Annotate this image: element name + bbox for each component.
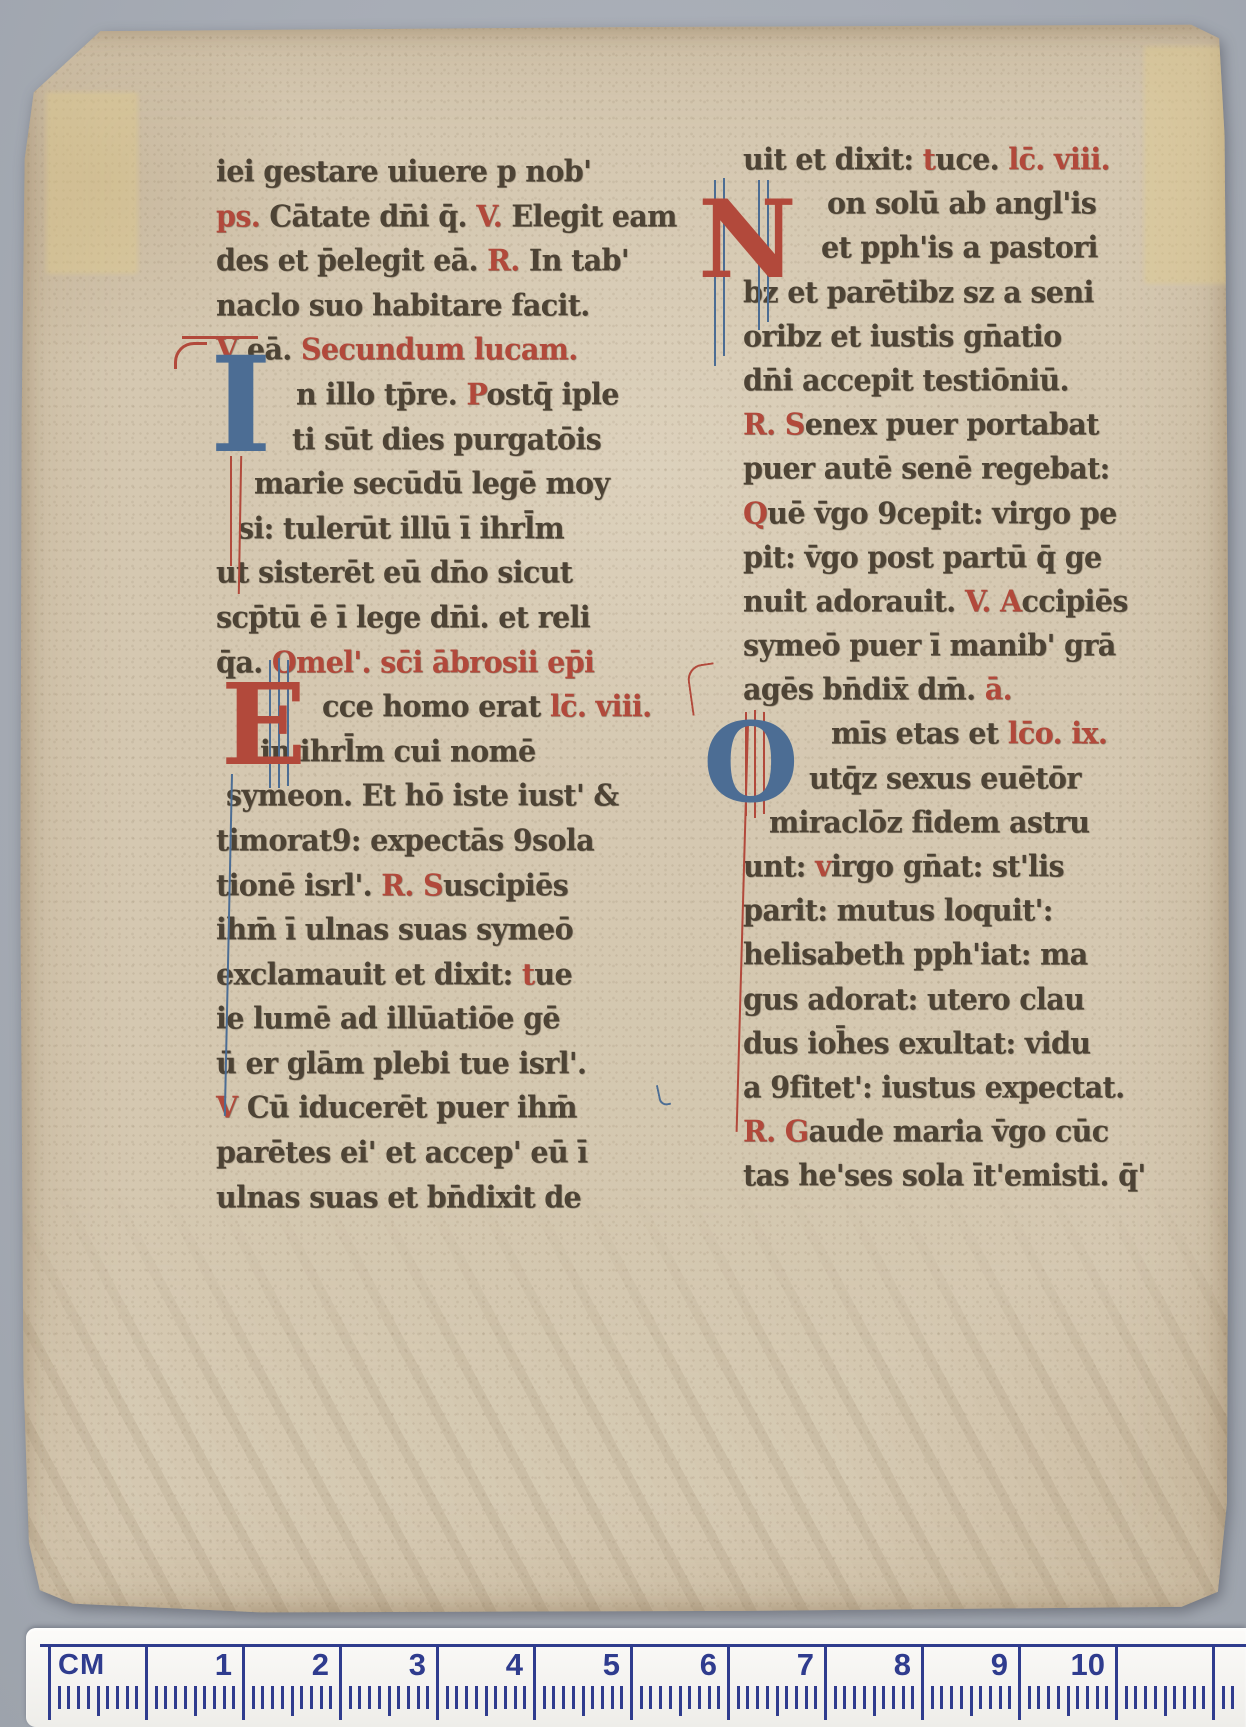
ruler-mm-tick (320, 1686, 323, 1709)
ruler-cm-line (630, 1644, 633, 1686)
ink-text: In tab' (529, 242, 629, 278)
photo-background: iei gestare uiuere p nob'ps. Cātate dn̄i… (0, 0, 1246, 1727)
ruler-mm-tick (310, 1686, 313, 1709)
initial-O: O (703, 708, 819, 822)
ruler-mm-tick (349, 1686, 352, 1709)
ruler-mm-tick (746, 1686, 749, 1709)
text-line: parit: mutus loquit': (743, 887, 1171, 933)
ruler-mm-tick (1037, 1686, 1040, 1709)
rubric-text: Secundum lucam. (301, 332, 578, 368)
ruler-mm-tick (882, 1686, 885, 1709)
initial-letter: E (221, 670, 325, 782)
ink-text: on solū ab angl'is (827, 185, 1096, 221)
ink-text: uē v̄go 9cepit: virgo pe (767, 495, 1116, 531)
ruler-mm-tick (455, 1686, 458, 1709)
ink-text: dn̄i accepit testiōniū. (743, 362, 1069, 398)
text-line: tas he'ses sola īt'emisti. q̄' (743, 1152, 1171, 1198)
ruler-cm-line (1212, 1644, 1215, 1686)
ink-text: ihm̄ ī ulnas suas symeō (216, 911, 573, 947)
ruler-mm-tick (1115, 1686, 1118, 1720)
ink-text: iei gestare uiuere p nob' (216, 153, 591, 189)
ruler-mm-tick (795, 1686, 798, 1709)
ruler-mm-tick (145, 1686, 148, 1720)
ruler-mm-tick (1076, 1686, 1079, 1709)
ink-text: timorat9: expectās 9sola (216, 822, 594, 858)
ruler-mm-tick (562, 1686, 565, 1709)
ruler-mm-tick (601, 1686, 604, 1709)
ink-text: des et p̄elegit eā. (216, 242, 487, 278)
ruler-mm-tick (824, 1686, 827, 1720)
rubric-text: R. S (381, 867, 443, 903)
ink-text: ccipiēs (1022, 583, 1128, 619)
ink-text: gus adorat: utero clau (743, 981, 1084, 1017)
ruler-mm-tick (892, 1686, 895, 1709)
ruler-mm-tick (921, 1686, 924, 1720)
ruler-mm-tick (436, 1686, 439, 1720)
ink-text: puer autē senē regebat: (743, 451, 1110, 487)
ink-text: Elegit eam (511, 198, 676, 234)
rubric-text: lc̄. viii. (550, 688, 652, 724)
ruler-mm-tick (155, 1686, 158, 1709)
ink-text: naclo suo habitare facit. (216, 287, 590, 323)
ruler-mm-tick (989, 1686, 992, 1709)
ruler-mm-tick (87, 1686, 90, 1709)
ruler-cm-line (1115, 1644, 1118, 1686)
ruler-mm-tick (1057, 1686, 1060, 1709)
ruler-mm-tick (727, 1686, 730, 1720)
ruler-mm-tick (116, 1686, 119, 1709)
ruler-mm-tick (1018, 1686, 1021, 1720)
ruler-mm-tick (911, 1686, 914, 1709)
ruler-mm-tick (194, 1686, 197, 1716)
initial-I: I (196, 340, 270, 482)
ruler-mm-tick (717, 1686, 720, 1709)
ruler-mm-tick (572, 1686, 575, 1709)
ruler-mm-tick (979, 1686, 982, 1709)
ruler-mm-tick (329, 1686, 332, 1709)
text-line: ihm̄ ī ulnas suas symeō (216, 906, 668, 953)
ruler-mm-tick (1164, 1686, 1167, 1716)
rubric-text: ā. (985, 672, 1012, 708)
ink-text: uce. (935, 141, 1008, 177)
ruler-mm-tick (960, 1686, 963, 1709)
ruler-mm-tick (1125, 1686, 1128, 1709)
ruler-mm-tick (1096, 1686, 1099, 1709)
ruler-mm-tick (640, 1686, 643, 1709)
ruler-mm-tick (232, 1686, 235, 1709)
ruler-mm-tick (999, 1686, 1002, 1709)
ruler-number: 4 (467, 1647, 523, 1683)
initial-E: E (221, 670, 325, 778)
ruler-mm-tick (785, 1686, 788, 1709)
text-line: ut sisterēt eū dn̄o sicut (216, 549, 668, 596)
ruler-mm-tick (58, 1686, 61, 1709)
ruler-cm-line (921, 1644, 924, 1686)
rubric-text: V (216, 1090, 247, 1126)
ruler-mm-tick (543, 1686, 546, 1709)
text-line: ū er glām plebi tue isrl'. (216, 1040, 668, 1087)
ruler-mm-tick (494, 1686, 497, 1709)
ruler-mm-tick (630, 1686, 633, 1720)
ruler-mm-tick (620, 1686, 623, 1709)
ruler-mm-tick (368, 1686, 371, 1709)
text-line: dus ioh̄es exultat: vidu (743, 1020, 1171, 1066)
ruler-mm-tick (281, 1686, 284, 1709)
initial-letter: N (698, 186, 810, 294)
text-line: scp̄tū ē ī lege dn̄i. et reli (216, 594, 668, 641)
ruler-mm-tick (843, 1686, 846, 1709)
ruler-number: 3 (370, 1647, 426, 1683)
rubric-text: ps. (216, 198, 269, 234)
ruler-mm-tick (446, 1686, 449, 1709)
ruler-mm-tick (582, 1686, 585, 1716)
ruler-mm-tick (611, 1686, 614, 1709)
text-line: R. Senex puer portabat (743, 401, 1171, 447)
ink-text: n illo tp̄re. (296, 376, 466, 412)
ink-text: tas he'ses sola īt'emisti. q̄' (743, 1158, 1146, 1194)
ruler-mm-tick (213, 1686, 216, 1709)
ruler-mm-tick (126, 1686, 129, 1709)
ink-text: irgo gn̄at: st'lis (831, 848, 1064, 884)
ruler-mm-tick (164, 1686, 167, 1709)
ruler-mm-tick (504, 1686, 507, 1709)
ruler-mm-tick (514, 1686, 517, 1709)
rubric-text: Q (743, 495, 767, 531)
ruler-cm-line (145, 1644, 148, 1686)
text-line: V Cū iducerēt puer ihm̄ (216, 1084, 668, 1131)
text-line: V eā. Secundum lucam. (216, 326, 668, 373)
ruler-mm-tick (1134, 1686, 1137, 1709)
ruler-cm-line (1018, 1644, 1021, 1686)
ink-text: Cū iducerēt puer ihm̄ (247, 1090, 577, 1126)
text-line: agēs bn̄dix̄ dm̄. ā. (743, 666, 1171, 712)
rubric-text: v (815, 848, 831, 884)
ruler-number: 7 (758, 1647, 814, 1683)
ruler-number: 2 (273, 1647, 329, 1683)
ruler-mm-tick (805, 1686, 808, 1709)
ruler-mm-tick (1154, 1686, 1157, 1709)
ruler-mm-tick (708, 1686, 711, 1709)
parchment-wrinkles (18, 1184, 1230, 1614)
ink-text: unt: (743, 848, 815, 884)
ruler-mm-tick (388, 1686, 391, 1716)
ruler-mm-tick (358, 1686, 361, 1709)
text-line: naclo suo habitare facit. (216, 282, 668, 329)
initial-letter: O (703, 708, 819, 818)
ruler-mm-tick (766, 1686, 769, 1709)
ruler-number: 10 (1049, 1647, 1105, 1683)
ruler-mm-tick (679, 1686, 682, 1716)
ruler-number: 6 (661, 1647, 717, 1683)
ruler-mm-tick (67, 1686, 70, 1709)
ink-text: mīs etas et (831, 716, 1008, 752)
text-line: ps. Cātate dn̄i q̄. V. Elegit eam (216, 193, 668, 240)
ruler-mm-tick (1222, 1686, 1225, 1709)
ruler-cm-line (533, 1644, 536, 1686)
ruler-mm-tick (426, 1686, 429, 1709)
rubric-text: t (522, 956, 535, 992)
ink-text: cce homo erat (322, 688, 550, 724)
ruler-mm-tick (1144, 1686, 1147, 1709)
text-line: nuit adorauit. V. Accipiēs (743, 578, 1171, 624)
ink-text: si: tulerūt illū ī ihrl̄m (238, 510, 564, 546)
text-line: n illo tp̄re. Postq̄ iple (216, 371, 668, 418)
text-line: unt: virgo gn̄at: st'lis (743, 843, 1171, 889)
ruler-mm-tick (552, 1686, 555, 1709)
ruler-mm-tick (77, 1686, 80, 1709)
ruler-mm-tick (1028, 1686, 1031, 1709)
leaf-shadow-wrap: iei gestare uiuere p nob'ps. Cātate dn̄i… (0, 0, 1246, 1727)
ruler-mm-tick (1008, 1686, 1011, 1709)
text-line: ie lumē ad illūatiōe gē (216, 995, 668, 1042)
ink-text: ulnas suas et bn̄dixit de (216, 1179, 581, 1215)
ruler-mm-tick (397, 1686, 400, 1709)
ink-text: pit: v̄go post partū q̄ ge (743, 539, 1102, 575)
text-line: ti sūt dies purgatōis (216, 416, 668, 463)
ink-text: aude maria v̄go cūc (808, 1113, 1108, 1149)
ruler-mm-tick (106, 1686, 109, 1709)
ink-text: nuit adorauit. (743, 583, 965, 619)
text-line: parētes ei' et accep' eū ī (216, 1129, 668, 1176)
text-line: exclamauit et dixit: tue (216, 951, 668, 998)
ruler-mm-tick (688, 1686, 691, 1709)
ruler-mm-tick (252, 1686, 255, 1709)
ink-text: scp̄tū ē ī lege dn̄i. et reli (216, 599, 590, 635)
text-line: R. Gaude maria v̄go cūc (743, 1108, 1171, 1154)
ruler-mm-tick (931, 1686, 934, 1709)
ink-text: parit: mutus loquit': (743, 892, 1053, 928)
penwork-flourish (174, 342, 207, 369)
ruler-cm-line (339, 1644, 342, 1686)
cm-ruler: CM 12345678910 (26, 1628, 1246, 1727)
ruler-cm-line (727, 1644, 730, 1686)
ruler-mm-tick (475, 1686, 478, 1709)
ruler-mm-tick (97, 1686, 100, 1716)
ruler-mm-tick (48, 1686, 51, 1720)
rubric-text: V. A (965, 583, 1022, 619)
ruler-mm-tick (533, 1686, 536, 1720)
ink-text: parētes ei' et accep' eū ī (216, 1134, 588, 1170)
ruler-cm-line (436, 1644, 439, 1686)
text-line: Quē v̄go 9cepit: virgo pe (743, 490, 1171, 536)
ink-text: oribz et iustis gn̄atio (743, 318, 1062, 354)
manuscript-leaf: iei gestare uiuere p nob'ps. Cātate dn̄i… (18, 24, 1230, 1614)
ruler-mm-tick (1067, 1686, 1070, 1716)
ruler-mm-tick (940, 1686, 943, 1709)
text-line: marie secūdū legē moy (216, 460, 668, 507)
ruler-mm-tick (853, 1686, 856, 1709)
ruler-mm-tick (698, 1686, 701, 1709)
ruler-mm-tick (271, 1686, 274, 1709)
tape-residue-top-left (46, 92, 138, 274)
ruler-mm-tick (659, 1686, 662, 1709)
ruler-cm-line (242, 1644, 245, 1686)
ruler-mm-tick (203, 1686, 206, 1709)
text-line: tionē isrl'. R. Suscipiēs (216, 862, 668, 909)
ruler-mm-tick (873, 1686, 876, 1716)
ruler-mm-tick (591, 1686, 594, 1709)
text-line: oribz et iustis gn̄atio (743, 313, 1171, 359)
text-line: a 9fitet': iustus expectat. (743, 1064, 1171, 1110)
ruler-mm-tick (1173, 1686, 1176, 1709)
text-line: gus adorat: utero clau (743, 976, 1171, 1022)
ruler-mm-tick (776, 1686, 779, 1716)
rubric-text: lc̄o. ix. (1008, 716, 1107, 752)
ruler-mm-tick (669, 1686, 672, 1709)
ruler-mm-tick (465, 1686, 468, 1709)
ink-text: marie secūdū legē moy (254, 465, 609, 501)
ink-text: exclamauit et dixit: (216, 956, 522, 992)
ruler-mm-tick (834, 1686, 837, 1709)
ink-text: et pph'is a pastori (821, 230, 1098, 266)
ruler-cm-line (48, 1644, 51, 1686)
rubric-text: R. G (743, 1113, 808, 1149)
text-line: iei gestare uiuere p nob' (216, 148, 668, 195)
ruler-mm-tick (950, 1686, 953, 1709)
ruler-cm-line (824, 1644, 827, 1686)
text-line: helisabeth pph'iat: ma (743, 931, 1171, 977)
ink-text: tionē isrl'. (216, 867, 381, 903)
ruler-mm-tick (756, 1686, 759, 1709)
ruler-mm-tick (523, 1686, 526, 1709)
ink-text: symeō puer ī manib' grā (743, 627, 1116, 663)
ink-text: uit et dixit: (743, 141, 923, 177)
text-line: uit et dixit: tuce. lc̄. viii. (743, 136, 1171, 182)
ruler-mm-tick (970, 1686, 973, 1716)
ruler-mm-tick (737, 1686, 740, 1709)
ink-text: ti sūt dies purgatōis (292, 421, 601, 457)
rubric-text: R. (487, 242, 529, 278)
text-line: dn̄i accepit testiōniū. (743, 357, 1171, 403)
ruler-mm-tick (339, 1686, 342, 1720)
ruler-mm-tick (1183, 1686, 1186, 1709)
text-line: timorat9: expectās 9sola (216, 817, 668, 864)
ruler-mm-tick (242, 1686, 245, 1720)
ruler-mm-tick (1193, 1686, 1196, 1709)
ink-text: helisabeth pph'iat: ma (743, 937, 1088, 973)
ruler-number: 1 (176, 1647, 232, 1683)
ink-text: ue (534, 956, 572, 992)
text-line: puer autē senē regebat: (743, 445, 1171, 491)
rubric-text: lc̄. viii. (1008, 141, 1110, 177)
ruler-mm-tick (1202, 1686, 1205, 1709)
ink-text: ie lumē ad illūatiōe gē (216, 1001, 560, 1037)
rubric-text: R. S (743, 406, 805, 442)
ruler-mm-tick (407, 1686, 410, 1709)
ruler-mm-tick (814, 1686, 817, 1709)
ink-text: Cātate dn̄i q̄. (269, 198, 476, 234)
ruler-mm-tick (223, 1686, 226, 1709)
ink-text: enex puer portabat (805, 406, 1099, 442)
text-line: symeō puer ī manib' grā (743, 622, 1171, 668)
ruler-mm-tick (1086, 1686, 1089, 1709)
ruler-mm-tick (1231, 1686, 1234, 1709)
ruler-mm-tick (1212, 1686, 1215, 1720)
ruler-mm-tick (902, 1686, 905, 1709)
ruler-mm-tick (378, 1686, 381, 1709)
text-line: pit: v̄go post partū q̄ ge (743, 534, 1171, 580)
ruler-mm-tick (135, 1686, 138, 1709)
ruler-mm-tick (300, 1686, 303, 1709)
ruler-mm-tick (261, 1686, 264, 1709)
ruler-mm-tick (649, 1686, 652, 1709)
ruler-cm-label: CM (58, 1649, 105, 1682)
ink-text: uscipiēs (443, 867, 568, 903)
ink-text: ut sisterēt eū dn̄o sicut (216, 555, 572, 591)
initial-N: N (698, 186, 810, 298)
ruler-mm-tick (485, 1686, 488, 1716)
ruler-mm-tick (863, 1686, 866, 1709)
ruler-mm-tick (1105, 1686, 1108, 1709)
rubric-text: t (923, 141, 936, 177)
text-line: ulnas suas et bn̄dixit de (216, 1174, 668, 1221)
ink-text: a 9fitet': iustus expectat. (743, 1069, 1124, 1105)
ink-text: ū er glām plebi tue isrl'. (216, 1045, 586, 1081)
text-line: des et p̄elegit eā. R. In tab' (216, 237, 668, 284)
ruler-mm-tick (291, 1686, 294, 1716)
initial-letter: I (210, 340, 270, 472)
ruler-number: 8 (855, 1647, 911, 1683)
ink-text: ostq̄ iple (486, 376, 618, 412)
ruler-mm-tick (184, 1686, 187, 1709)
ruler-mm-tick (1047, 1686, 1050, 1709)
ruler-mm-tick (174, 1686, 177, 1709)
rubric-text: P (466, 376, 486, 412)
rubric-text: V. (476, 198, 511, 234)
text-line: si: tulerūt illū ī ihrl̄m (216, 505, 668, 552)
ink-text: utq̄z sexus euētōr (809, 760, 1081, 796)
ink-text: dus ioh̄es exultat: vidu (743, 1025, 1090, 1061)
ruler-number: 5 (564, 1647, 620, 1683)
ruler-mm-tick (417, 1686, 420, 1709)
ruler-number: 9 (952, 1647, 1008, 1683)
